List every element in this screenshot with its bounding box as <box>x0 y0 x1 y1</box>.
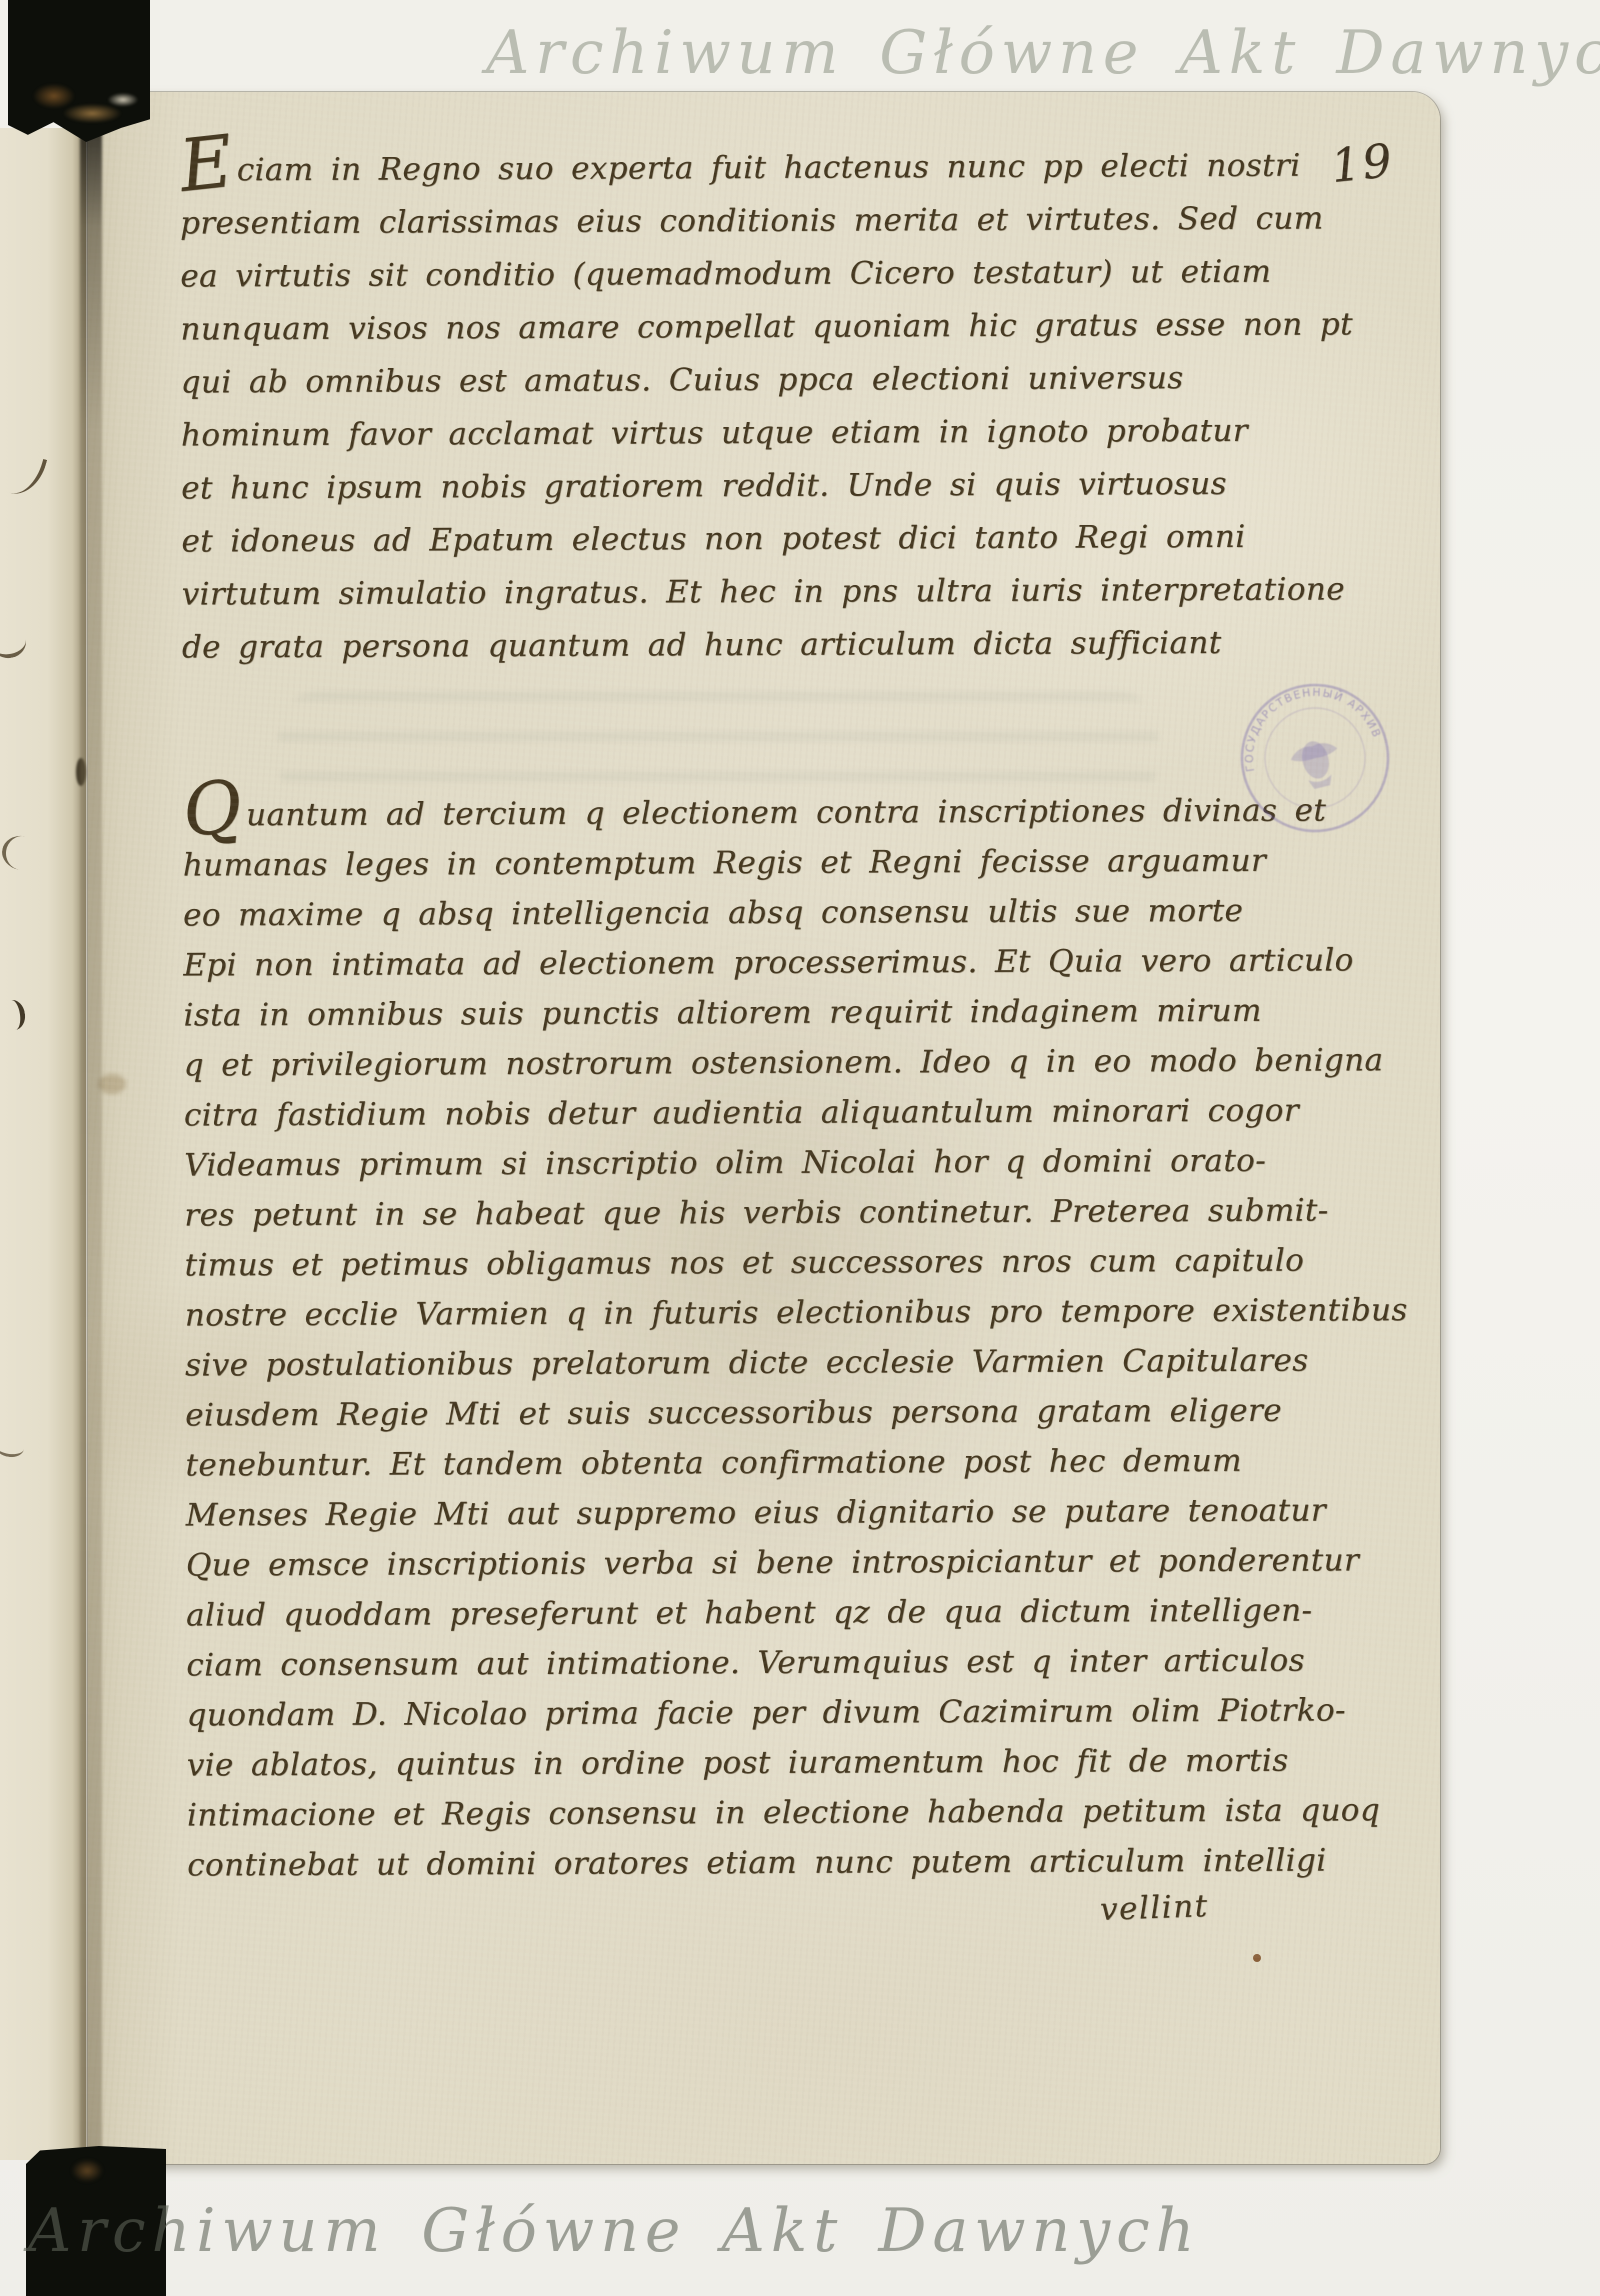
manuscript-line: ciam consensum aut intimatione. Verumqui… <box>186 1643 1305 1684</box>
manuscript-line: Epi non intimata ad electionem processer… <box>183 942 1354 983</box>
gutter-crease <box>80 126 102 2162</box>
manuscript-page: 19 Eciam in Regno suo experta fuit hacte… <box>88 92 1440 2164</box>
manuscript-line: intimacione et Regis consensu in electio… <box>187 1792 1380 1833</box>
manuscript-line: hominum favor acclamat virtus utque etia… <box>181 413 1248 454</box>
ink-fragment <box>7 452 47 501</box>
manuscript-line: de grata persona quantum ad hunc articul… <box>182 625 1222 666</box>
manuscript-line: q et privilegiorum nostrorum ostensionem… <box>184 1042 1384 1083</box>
facing-page-edge <box>0 128 86 2160</box>
manuscript-line: aliud quoddam preseferunt et habent qz d… <box>186 1593 1312 1634</box>
manuscript-line: Que emsce inscriptionis verba si bene in… <box>186 1542 1359 1583</box>
manuscript-line: citra fastidium nobis detur audientia al… <box>184 1093 1299 1134</box>
manuscript-line: continebat ut domini oratores etiam nunc… <box>187 1843 1326 1884</box>
watermark-top: Archiwum Główne Akt Dawnych <box>486 18 1600 88</box>
manuscript-line: res petunt in se habeat que his verbis c… <box>184 1193 1328 1234</box>
manuscript-line: Eciam in Regno suo experta fuit hactenus… <box>180 148 1301 189</box>
manuscript-line: sive postulationibus prelatorum dicte ec… <box>185 1343 1309 1384</box>
manuscript-line: Videamus primum si inscriptio olim Nicol… <box>184 1143 1266 1184</box>
manuscript-line: presentiam clarissimas eius conditionis … <box>180 201 1324 242</box>
ink-fragment <box>0 1436 25 1458</box>
manuscript-line: ea virtutis sit conditio (quemadmodum Ci… <box>180 254 1271 295</box>
ink-fragment <box>0 625 29 661</box>
binding-leather-remnant <box>18 70 146 132</box>
ink-fragment <box>0 833 44 873</box>
manuscript-line: eo maxime q absq intelligencia absq cons… <box>183 893 1243 934</box>
stamp-eagle-emblem <box>1288 736 1346 793</box>
manuscript-line: nunquam visos nos amare compellat quonia… <box>180 306 1353 347</box>
manuscript-line: Menses Regie Mti aut suppremo eius digni… <box>186 1493 1327 1534</box>
manuscript-line: virtutum simulatio ingratus. Et hec in p… <box>182 571 1345 612</box>
manuscript-line: humanas leges in contemptum Regis et Reg… <box>183 843 1266 884</box>
watermark-bottom: Archiwum Główne Akt Dawnych <box>28 2196 1200 2266</box>
manuscript-line: et idoneus ad Epatum electus non potest … <box>181 519 1245 560</box>
manuscript-line: eiusdem Regie Mti et suis successoribus … <box>185 1393 1282 1434</box>
manuscript-line: nostre ecclie Varmien q in futuris elect… <box>185 1292 1408 1333</box>
closing-word: vellint <box>1099 1888 1209 1928</box>
archive-scan: 19 Eciam in Regno suo experta fuit hacte… <box>0 0 1600 2296</box>
paragraph-initial: Q <box>183 805 242 811</box>
manuscript-line: timus et petimus obligamus nos et succes… <box>185 1243 1305 1284</box>
manuscript-line: qui ab omnibus est amatus. Cuius ppca el… <box>181 360 1184 400</box>
manuscript-line: vie ablatos, quintus in ordine post iura… <box>187 1743 1289 1784</box>
manuscript-line: et hunc ipsum nobis gratiorem reddit. Un… <box>181 466 1227 507</box>
paragraph-initial: E <box>180 161 233 167</box>
manuscript-line: Quantum ad tercium q electionem contra i… <box>183 793 1327 834</box>
manuscript-line: ista in omnibus suis punctis altiorem re… <box>183 993 1261 1034</box>
manuscript-line: quondam D. Nicolao prima facie per divum… <box>186 1692 1345 1733</box>
binding-leather-remnant <box>62 2150 118 2196</box>
manuscript-line: tenebuntur. Et tandem obtenta confirmati… <box>185 1443 1242 1484</box>
manuscript-text-block: Eciam in Regno suo experta fuit hactenus… <box>83 89 1444 2167</box>
ink-fragment <box>0 999 27 1032</box>
